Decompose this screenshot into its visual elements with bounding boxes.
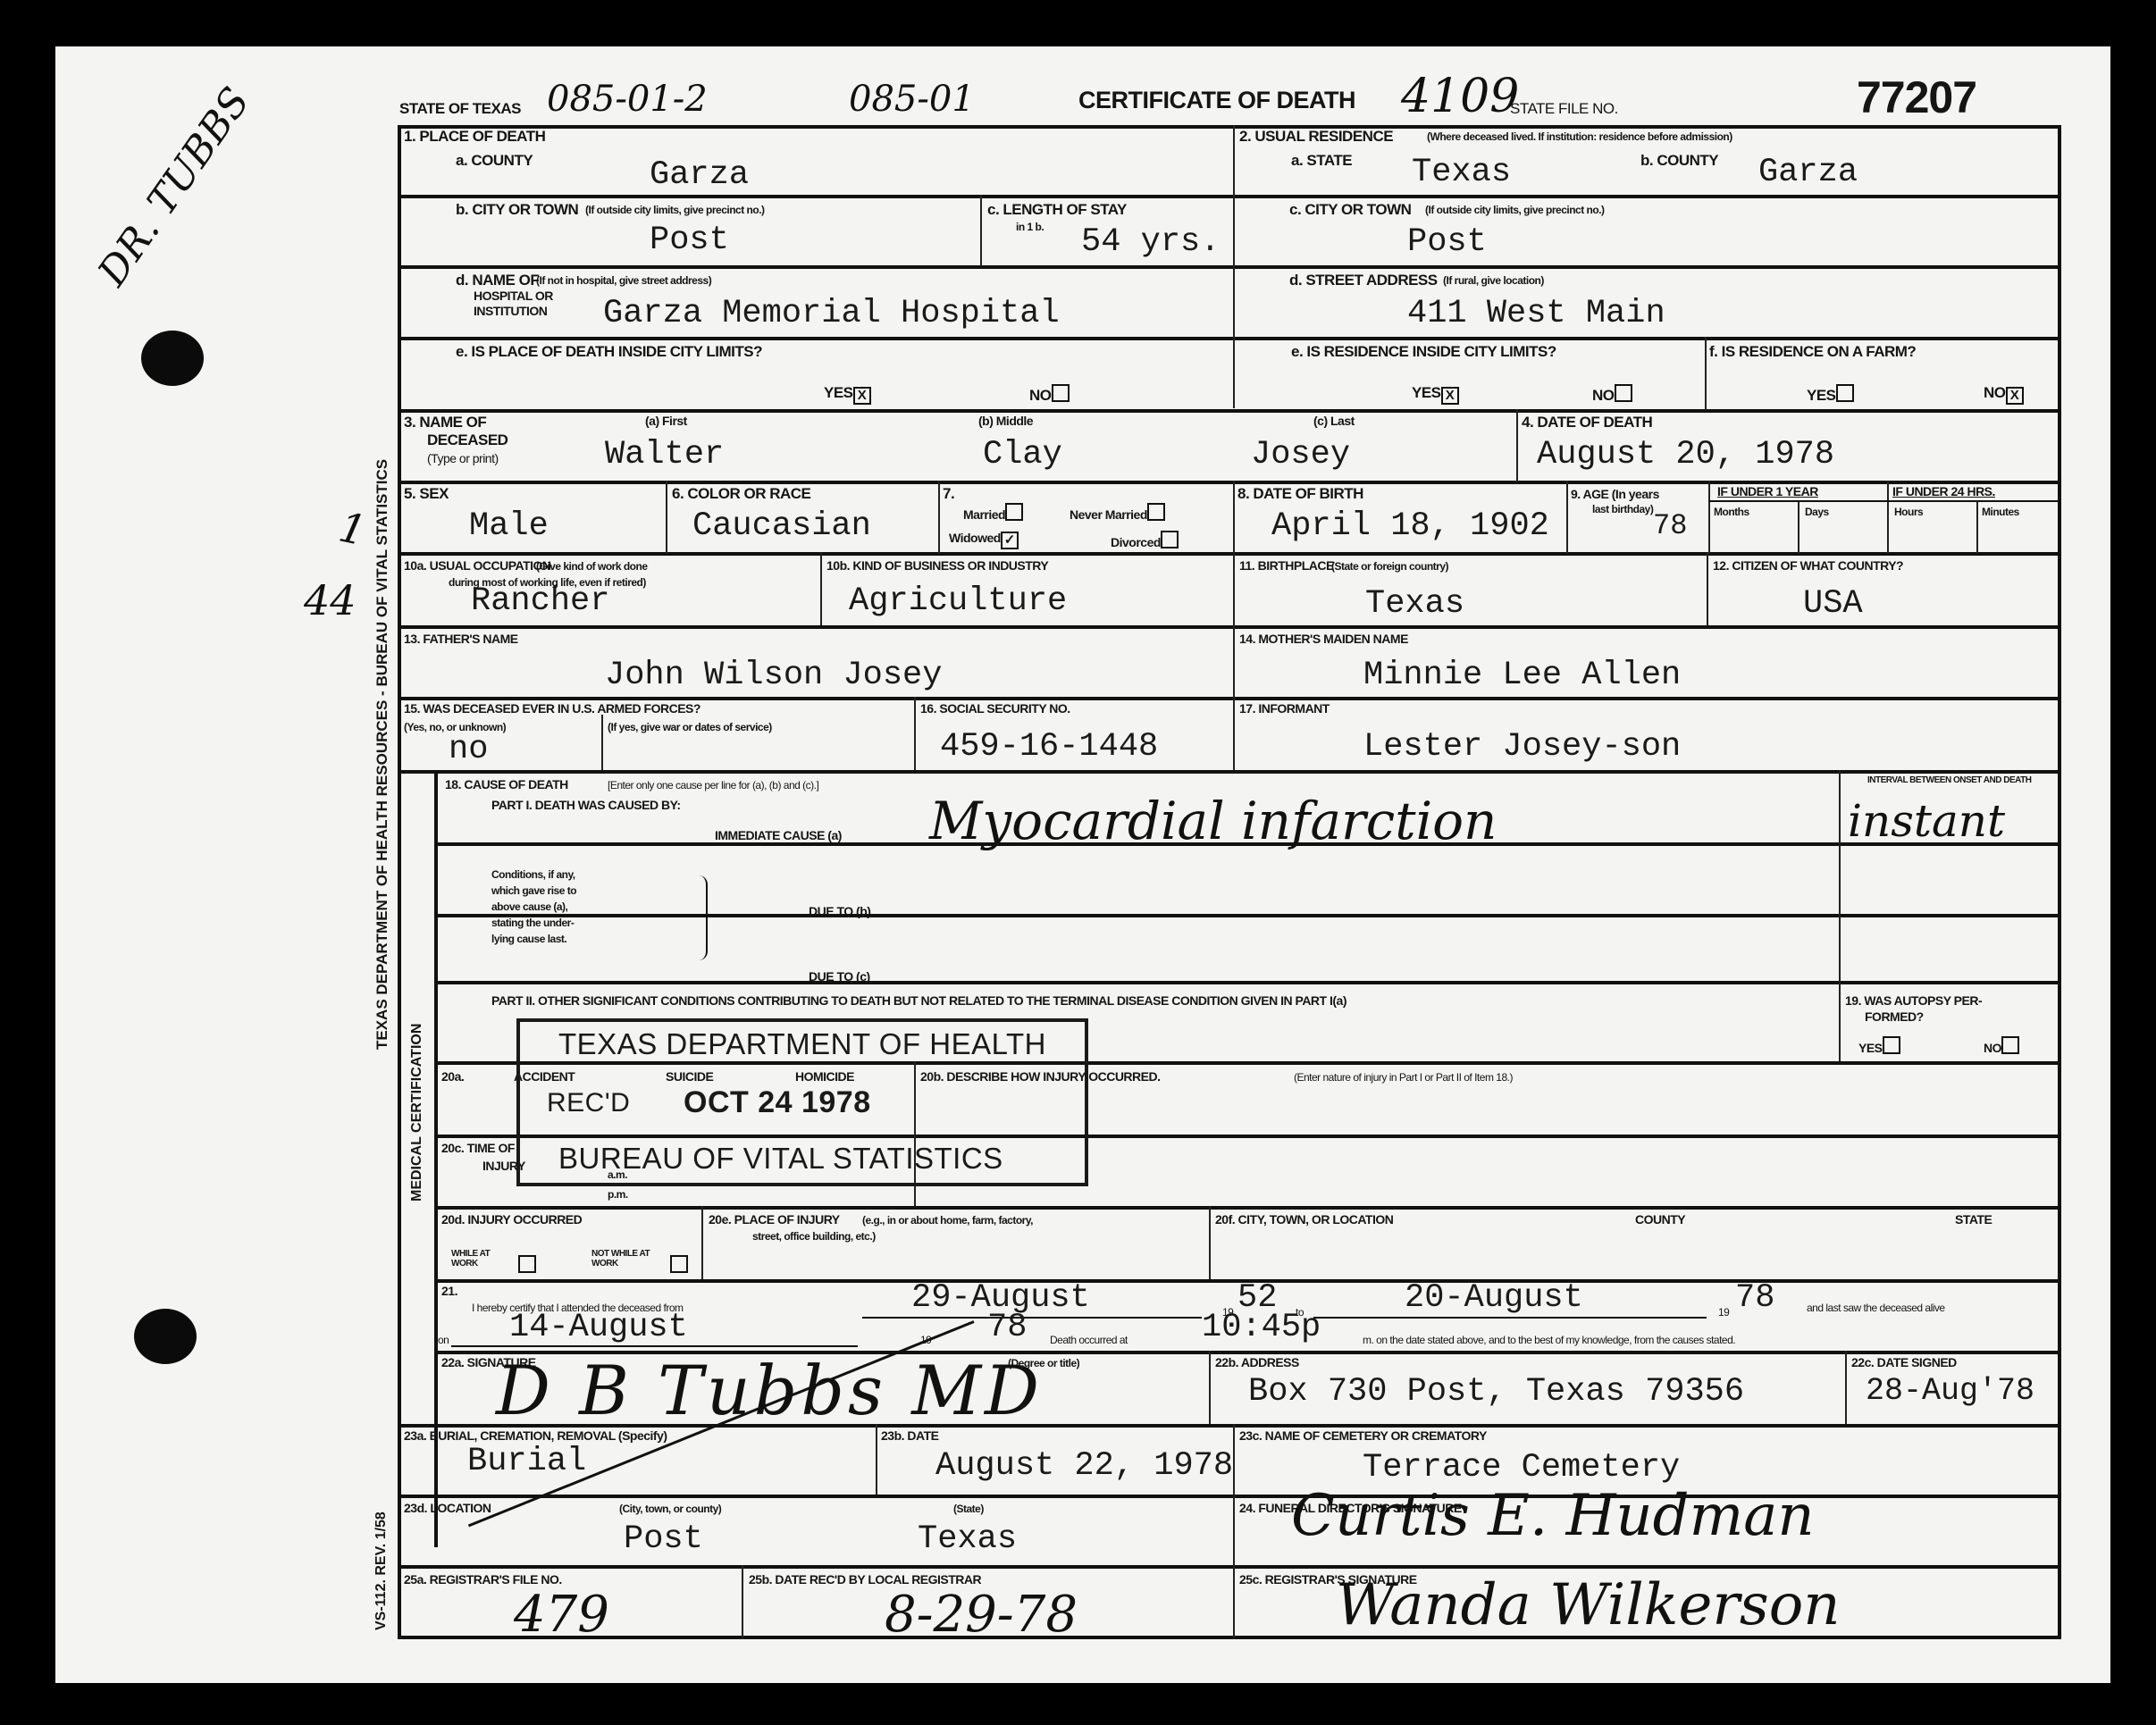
location-city-label: (City, town, or county) bbox=[619, 1503, 721, 1515]
divider bbox=[742, 1565, 743, 1639]
stamp-line-1: TEXAS DEPARTMENT OF HEALTH bbox=[558, 1027, 1046, 1061]
stay-sub-label: in 1 b. bbox=[1016, 221, 1044, 233]
certificate-handwritten-number: 4109 bbox=[1401, 70, 1519, 123]
divorced-label: Divorced bbox=[1111, 535, 1161, 549]
deceased-name-label-2: DECEASED bbox=[427, 431, 508, 449]
farm-yes[interactable]: YES bbox=[1807, 384, 1854, 405]
under-day-label: IF UNDER 24 HRS. bbox=[1892, 484, 1995, 498]
never-married-label: Never Married bbox=[1070, 507, 1147, 522]
location-state-label: (State) bbox=[953, 1503, 984, 1515]
first-name-label: (a) First bbox=[645, 414, 687, 428]
last-name-label: (c) Last bbox=[1313, 414, 1355, 428]
length-of-stay: 54 yrs. bbox=[1081, 223, 1220, 261]
attended-to-date: 20-August bbox=[1405, 1279, 1583, 1317]
divider bbox=[1233, 125, 1235, 268]
divider bbox=[1705, 337, 1707, 410]
while-at-work-label: WHILE AT WORK bbox=[451, 1249, 505, 1269]
place-of-injury-label: 20e. PLACE OF INJURY bbox=[709, 1212, 840, 1227]
armed-forces-sub-2: (If yes, give war or dates of service) bbox=[608, 721, 772, 733]
divider bbox=[1798, 500, 1799, 554]
birthplace-note: (State or foreign country) bbox=[1331, 560, 1448, 573]
divider bbox=[1233, 697, 1235, 770]
injury-type-label: 20a. bbox=[441, 1069, 464, 1084]
divider bbox=[1887, 481, 1889, 554]
sex-label: 5. SEX bbox=[404, 485, 449, 503]
place-inside-yes[interactable]: YESX bbox=[824, 384, 871, 405]
dob-label: 8. DATE OF BIRTH bbox=[1237, 485, 1363, 503]
place-of-injury-note-2: street, office building, etc.) bbox=[752, 1230, 876, 1243]
days-label: Days bbox=[1805, 506, 1829, 518]
divider bbox=[1233, 481, 1235, 554]
armed-forces-label: 15. WAS DECEASED EVER IN U.S. ARMED FORC… bbox=[404, 701, 700, 716]
rule bbox=[398, 625, 2061, 629]
residence-state: Texas bbox=[1412, 154, 1511, 191]
hospital-label: d. NAME OF bbox=[456, 272, 539, 289]
place-of-injury-note: (e.g., in or about home, farm, factory, bbox=[862, 1214, 1033, 1227]
deceased-name-label: 3. NAME OF bbox=[404, 414, 486, 431]
place-inside-no[interactable]: NO bbox=[1029, 384, 1070, 405]
disposition-date: August 22, 1978 bbox=[935, 1447, 1233, 1485]
checkbox[interactable] bbox=[2001, 1036, 2019, 1054]
to-date-line bbox=[1313, 1317, 1707, 1319]
funeral-director-signature: Curtis E. Hudman bbox=[1291, 1483, 1815, 1549]
under-year-label: IF UNDER 1 YEAR bbox=[1717, 484, 1818, 498]
registrar-signature: Wanda Wilkerson bbox=[1336, 1572, 1841, 1638]
yes-label: YES bbox=[824, 384, 853, 401]
death-time: 10:45p bbox=[1202, 1309, 1321, 1346]
no-label: NO bbox=[1592, 387, 1615, 404]
checkbox-checked[interactable]: X bbox=[853, 387, 871, 405]
autopsy-yes[interactable]: YES bbox=[1858, 1036, 1900, 1055]
rule bbox=[398, 552, 2061, 556]
date-signed-label: 22c. DATE SIGNED bbox=[1851, 1355, 1957, 1369]
residence-city-label: c. CITY OR TOWN bbox=[1289, 201, 1411, 219]
checkbox[interactable] bbox=[1052, 384, 1070, 402]
middle-name-label: (b) Middle bbox=[978, 414, 1033, 428]
divider bbox=[666, 481, 667, 554]
injury-city-label: 20f. CITY, TOWN, OR LOCATION bbox=[1215, 1212, 1393, 1227]
conditions-note-line: which gave rise to bbox=[491, 883, 652, 899]
armed-forces: no bbox=[449, 731, 488, 768]
divider bbox=[1845, 1351, 1847, 1424]
brace bbox=[699, 875, 708, 960]
age-label-2: last birthday) bbox=[1592, 503, 1653, 515]
street-address-note: (If rural, give location) bbox=[1443, 274, 1544, 287]
residence-inside-no[interactable]: NO bbox=[1592, 384, 1632, 405]
citizen-label: 12. CITIZEN OF WHAT COUNTRY? bbox=[1713, 558, 1903, 573]
city-note: (If outside city limits, give precinct n… bbox=[585, 204, 765, 216]
farm-no[interactable]: NOX bbox=[1984, 384, 2024, 405]
rule bbox=[436, 914, 2061, 917]
divider bbox=[1516, 409, 1518, 482]
checkbox[interactable] bbox=[1005, 503, 1023, 521]
birthplace: Texas bbox=[1365, 585, 1464, 623]
married-option[interactable]: Married bbox=[963, 503, 1023, 522]
form-number: VS-112. REV. 1/58 bbox=[373, 1511, 390, 1630]
disposition-label: 23a. BURIAL, CREMATION, REMOVAL (Specify… bbox=[404, 1428, 667, 1443]
divider bbox=[1233, 265, 1235, 408]
months-label: Months bbox=[1714, 506, 1749, 518]
rule bbox=[436, 981, 2061, 984]
divider bbox=[601, 715, 603, 770]
father-label: 13. FATHER'S NAME bbox=[404, 632, 518, 646]
citizen: USA bbox=[1803, 585, 1863, 623]
date-of-death: August 20, 1978 bbox=[1537, 436, 1834, 473]
age-label: 9. AGE (In years bbox=[1571, 487, 1659, 501]
state-of-texas-label: STATE OF TEXAS bbox=[399, 100, 521, 118]
divider bbox=[701, 1206, 703, 1279]
injury-occurred-label: 20d. INJURY OCCURRED bbox=[441, 1212, 582, 1227]
hospital-name: Garza Memorial Hospital bbox=[603, 295, 1060, 332]
from-date-line bbox=[862, 1317, 1202, 1319]
due-to-c-label: DUE TO (c) bbox=[809, 969, 870, 984]
rule bbox=[398, 265, 2061, 269]
hospital-label-3: INSTITUTION bbox=[474, 304, 547, 318]
residence-city-note: (If outside city limits, give precinct n… bbox=[1425, 204, 1605, 216]
middle-name: Clay bbox=[983, 436, 1062, 473]
immediate-cause-label: IMMEDIATE CAUSE (a) bbox=[715, 828, 842, 842]
social-security-number: 459-16-1448 bbox=[940, 728, 1158, 766]
ssn-label: 16. SOCIAL SECURITY NO. bbox=[920, 701, 1070, 716]
divider bbox=[1209, 1351, 1211, 1424]
last-seen-date: 14-August bbox=[509, 1309, 688, 1346]
punch-hole-bottom bbox=[134, 1309, 197, 1364]
stamp-received-date: OCT 24 1978 bbox=[684, 1085, 871, 1120]
father-name: John Wilson Josey bbox=[605, 657, 942, 694]
divider bbox=[1233, 552, 1235, 625]
checkbox-checked[interactable]: ✓ bbox=[1001, 532, 1019, 549]
divider bbox=[938, 481, 940, 554]
certification-item-label: 21. bbox=[441, 1284, 457, 1298]
farm-label: f. IS RESIDENCE ON A FARM? bbox=[1709, 343, 1916, 361]
rule bbox=[398, 1565, 2061, 1569]
race-label: 6. COLOR OR RACE bbox=[672, 485, 810, 503]
occupation-label: 10a. USUAL OCCUPATION bbox=[404, 558, 551, 573]
conditions-note-line: stating the under- bbox=[491, 915, 652, 931]
industry-label: 10b. KIND OF BUSINESS OR INDUSTRY bbox=[826, 558, 1048, 573]
part-2-label: PART II. OTHER SIGNIFICANT CONDITIONS CO… bbox=[491, 993, 1346, 1008]
while-at-work-checkbox[interactable] bbox=[518, 1255, 536, 1273]
first-name: Walter bbox=[605, 436, 724, 473]
no-label: NO bbox=[1984, 1041, 2001, 1055]
certificate-title: CERTIFICATE OF DEATH bbox=[1078, 87, 1355, 114]
conditions-note-line: lying cause last. bbox=[491, 931, 652, 947]
place-of-death-heading: 1. PLACE OF DEATH bbox=[404, 128, 545, 146]
cemetery-label: 23c. NAME OF CEMETERY OR CREMATORY bbox=[1239, 1428, 1487, 1443]
checkbox[interactable] bbox=[1161, 531, 1179, 548]
injury-county-label: COUNTY bbox=[1635, 1212, 1685, 1227]
divider bbox=[1233, 625, 1235, 697]
deceased-name-label-3: (Type or print) bbox=[427, 451, 499, 465]
immediate-cause: Myocardial infarction bbox=[929, 791, 1497, 851]
interval-label: INTERVAL BETWEEN ONSET AND DEATH bbox=[1867, 775, 2031, 785]
divider bbox=[820, 552, 822, 625]
location-label: 23d. LOCATION bbox=[404, 1501, 491, 1515]
rule bbox=[398, 409, 2061, 413]
divorced-option[interactable]: Divorced bbox=[1111, 531, 1179, 549]
death-occurred-label: Death occurred at bbox=[1050, 1334, 1128, 1346]
checkbox[interactable] bbox=[1615, 384, 1632, 402]
street-address-label: d. STREET ADDRESS bbox=[1289, 272, 1438, 289]
age: 78 bbox=[1653, 509, 1687, 542]
county-label: a. COUNTY bbox=[456, 152, 533, 170]
date-signed: 28-Aug'78 bbox=[1866, 1373, 2034, 1409]
conditions-note-line: above cause (a), bbox=[491, 899, 652, 915]
divider bbox=[1976, 500, 1978, 554]
not-while-at-work-checkbox[interactable] bbox=[670, 1255, 688, 1273]
marital-status-label: 7. bbox=[943, 485, 954, 503]
injury-state-label: STATE bbox=[1955, 1212, 1992, 1227]
yes-label: YES bbox=[1412, 384, 1441, 401]
last-name: Josey bbox=[1251, 436, 1350, 473]
hours-label: Hours bbox=[1894, 506, 1923, 518]
death-city: Post bbox=[650, 222, 729, 259]
hospital-label-2: HOSPITAL OR bbox=[474, 289, 553, 303]
disposition-method: Burial bbox=[467, 1443, 586, 1480]
stamp-line-2-prefix: REC'D bbox=[547, 1088, 630, 1118]
location-state: Texas bbox=[918, 1520, 1017, 1558]
registrar-file-number: 479 bbox=[514, 1586, 609, 1644]
divider bbox=[1707, 552, 1708, 625]
describe-injury-note: (Enter nature of injury in Part I or Par… bbox=[1294, 1071, 1513, 1084]
cemetery-name: Terrace Cemetery bbox=[1363, 1449, 1680, 1486]
no-label: NO bbox=[1984, 384, 2006, 401]
married-label: Married bbox=[963, 507, 1005, 522]
usual-residence-note: (Where deceased lived. If institution: r… bbox=[1427, 130, 1732, 143]
informant: Lester Josey-son bbox=[1363, 728, 1681, 766]
never-married-option[interactable]: Never Married bbox=[1070, 503, 1165, 522]
punch-hole-top bbox=[141, 331, 204, 386]
occupation: Rancher bbox=[471, 582, 609, 620]
conditions-note-line: Conditions, if any, bbox=[491, 867, 652, 883]
not-while-at-work-label: NOT WHILE AT WORK bbox=[591, 1249, 654, 1269]
on-label: on bbox=[438, 1334, 449, 1346]
sex: Male bbox=[469, 507, 549, 545]
cause-heading: 18. CAUSE OF DEATH bbox=[445, 777, 568, 791]
divider bbox=[914, 697, 916, 770]
residence-state-label: a. STATE bbox=[1291, 152, 1352, 170]
divider bbox=[1839, 770, 1841, 1061]
mother-label: 14. MOTHER'S MAIDEN NAME bbox=[1239, 632, 1408, 646]
residence-county-label: b. COUNTY bbox=[1640, 152, 1718, 170]
time-of-injury-label: 20c. TIME OF bbox=[441, 1141, 515, 1155]
pm-label: p.m. bbox=[608, 1188, 628, 1201]
no-label: NO bbox=[1029, 387, 1052, 404]
residence-county: Garza bbox=[1758, 154, 1858, 191]
autopsy-label-2: FORMED? bbox=[1865, 1009, 1924, 1024]
divider bbox=[876, 1424, 877, 1495]
cause-heading-note: [Enter only one cause per line for (a), … bbox=[608, 779, 818, 791]
industry: Agriculture bbox=[849, 582, 1067, 620]
stay-label: c. LENGTH OF STAY bbox=[987, 201, 1127, 219]
occupation-note: (Give kind of work done bbox=[536, 560, 648, 573]
death-time-suffix: m. on the date stated above, and to the … bbox=[1363, 1334, 1735, 1346]
rule bbox=[436, 1206, 2061, 1210]
divider bbox=[1708, 481, 1710, 554]
address-label: 22b. ADDRESS bbox=[1215, 1355, 1299, 1369]
checkbox[interactable] bbox=[1147, 503, 1165, 521]
state-file-number: 77207 bbox=[1857, 71, 1976, 123]
part-1-label: PART I. DEATH WAS CAUSED BY: bbox=[491, 798, 681, 812]
conditions-note: Conditions, if any, which gave rise to a… bbox=[491, 867, 652, 947]
mother-maiden-name: Minnie Lee Allen bbox=[1363, 657, 1681, 694]
physician-address: Box 730 Post, Texas 79356 bbox=[1248, 1373, 1744, 1411]
date-received-label: 25b. DATE REC'D BY LOCAL REGISTRAR bbox=[749, 1572, 981, 1587]
yes-label: YES bbox=[1807, 387, 1836, 404]
divider bbox=[1566, 481, 1568, 554]
last-seen-year: 78 bbox=[987, 1309, 1027, 1346]
rule bbox=[1708, 500, 2061, 502]
checkbox[interactable] bbox=[1836, 384, 1854, 402]
birthplace-label: 11. BIRTHPLACE bbox=[1239, 558, 1334, 573]
attended-to-year: 78 bbox=[1735, 1279, 1774, 1317]
rule bbox=[398, 697, 2061, 700]
widowed-label: Widowed bbox=[949, 531, 1001, 545]
due-to-b-label: DUE TO (b) bbox=[809, 904, 870, 918]
hospital-note: (If not in hospital, give street address… bbox=[536, 274, 711, 287]
divider bbox=[980, 195, 982, 266]
divider bbox=[1209, 1206, 1211, 1279]
rule bbox=[398, 770, 2061, 774]
residence-inside-label: e. IS RESIDENCE INSIDE CITY LIMITS? bbox=[1291, 343, 1556, 361]
residence-inside-yes[interactable]: YESX bbox=[1412, 384, 1459, 405]
disposition-date-label: 23b. DATE bbox=[881, 1428, 938, 1443]
vertical-department-label: TEXAS DEPARTMENT OF HEALTH RESOURCES - B… bbox=[373, 459, 391, 1050]
usual-residence-heading: 2. USUAL RESIDENCE bbox=[1239, 128, 1393, 146]
last-saw-text: and last saw the deceased alive bbox=[1807, 1302, 1945, 1314]
local-code-handwritten: 085-01 bbox=[849, 79, 975, 120]
informant-label: 17. INFORMANT bbox=[1239, 701, 1330, 716]
autopsy-label: 19. WAS AUTOPSY PER- bbox=[1845, 993, 1982, 1008]
inside-city-limits-label: e. IS PLACE OF DEATH INSIDE CITY LIMITS? bbox=[456, 343, 762, 361]
interval-onset-death: instant bbox=[1848, 795, 2005, 847]
death-county: Garza bbox=[650, 156, 749, 194]
rule bbox=[398, 337, 2061, 340]
state-file-label: STATE FILE NO. bbox=[1510, 100, 1618, 118]
date-of-birth: April 18, 1902 bbox=[1271, 507, 1549, 545]
location-city: Post bbox=[624, 1520, 703, 1558]
physician-signature: D B Tubbs MD bbox=[496, 1351, 1043, 1430]
autopsy-no[interactable]: NO bbox=[1984, 1036, 2019, 1055]
yes-label: YES bbox=[1858, 1041, 1883, 1055]
residence-city: Post bbox=[1407, 223, 1487, 261]
race: Caucasian bbox=[692, 507, 871, 545]
margin-fraction-bottom: 44 bbox=[304, 576, 357, 624]
street-address: 411 West Main bbox=[1407, 295, 1665, 332]
divider bbox=[1233, 1424, 1235, 1639]
checkbox-checked[interactable]: X bbox=[2006, 387, 2024, 405]
widowed-option[interactable]: Widowed✓ bbox=[949, 531, 1019, 549]
state-code-handwritten: 085-01-2 bbox=[547, 79, 708, 120]
stamp-line-3: BUREAU OF VITAL STATISTICS bbox=[558, 1142, 1003, 1176]
date-received: 8-29-78 bbox=[885, 1586, 1078, 1644]
rule bbox=[398, 195, 2061, 198]
date-of-death-label: 4. DATE OF DEATH bbox=[1522, 414, 1652, 431]
registrar-file-label: 25a. REGISTRAR'S FILE NO. bbox=[404, 1572, 562, 1587]
city-label: b. CITY OR TOWN bbox=[456, 201, 578, 219]
to-year-prefix: 19 bbox=[1718, 1306, 1729, 1319]
checkbox[interactable] bbox=[1883, 1036, 1900, 1054]
minutes-label: Minutes bbox=[1982, 506, 2019, 518]
checkbox-checked[interactable]: X bbox=[1441, 387, 1459, 405]
